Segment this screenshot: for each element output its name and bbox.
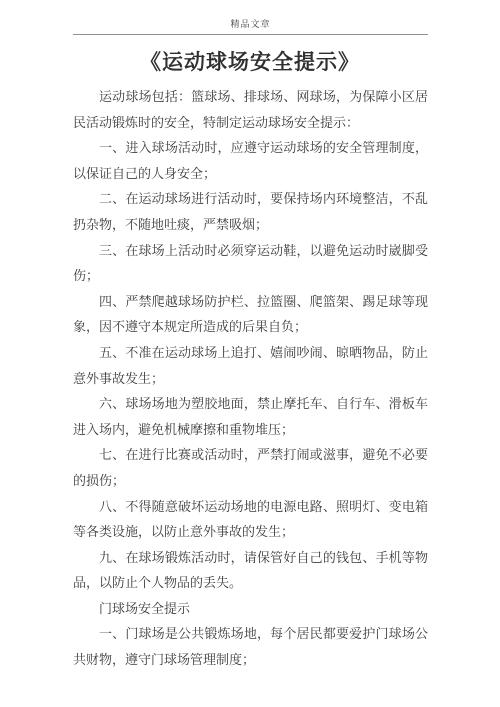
page-header: 精品文章 <box>73 14 428 35</box>
paragraph: 八、不得随意破坏运动场地的电源电路、照明灯、变电箱等各类设施，以防止意外事故的发… <box>73 494 428 545</box>
paragraph: 四、严禁爬越球场防护栏、拉篮圈、爬篮架、踢足球等现象，因不遵守本规定所造成的后果… <box>73 289 428 340</box>
paragraph: 五、不准在运动球场上追打、嬉闹吵闹、晾晒物品，防止意外事故发生； <box>73 340 428 391</box>
document-page: 精品文章 《运动球场安全提示》 运动球场包括：篮球场、排球场、网球场，为保障小区… <box>0 0 500 707</box>
paragraph: 一、进入球场活动时，应遵守运动球场的安全管理制度，以保证自己的人身安全； <box>73 135 428 186</box>
header-watermark: 精品文章 <box>230 19 270 29</box>
paragraph: 六、球场场地为塑胶地面，禁止摩托车、自行车、滑板车进入场内，避免机械摩擦和重物堆… <box>73 391 428 442</box>
document-title: 《运动球场安全提示》 <box>0 47 500 77</box>
paragraph: 九、在球场锻炼活动时，请保管好自己的钱包、手机等物品，以防止个人物品的丢失。 <box>73 545 428 596</box>
paragraph: 一、门球场是公共锻炼场地，每个居民都要爱护门球场公共财物，遵守门球场管理制度； <box>73 621 428 672</box>
paragraph: 七、在进行比赛或活动时，严禁打闹或滋事，避免不必要的损伤； <box>73 442 428 493</box>
paragraph: 运动球场包括：篮球场、排球场、网球场，为保障小区居民活动锻炼时的安全，特制定运动… <box>73 84 428 135</box>
document-body: 运动球场包括：篮球场、排球场、网球场，为保障小区居民活动锻炼时的安全，特制定运动… <box>73 84 428 673</box>
paragraph: 二、在运动球场进行活动时，要保持场内环境整洁，不乱扔杂物，不随地吐痰，严禁吸烟； <box>73 186 428 237</box>
paragraph: 门球场安全提示 <box>73 596 428 622</box>
paragraph: 三、在球场上活动时必须穿运动鞋，以避免运动时崴脚受伤； <box>73 238 428 289</box>
